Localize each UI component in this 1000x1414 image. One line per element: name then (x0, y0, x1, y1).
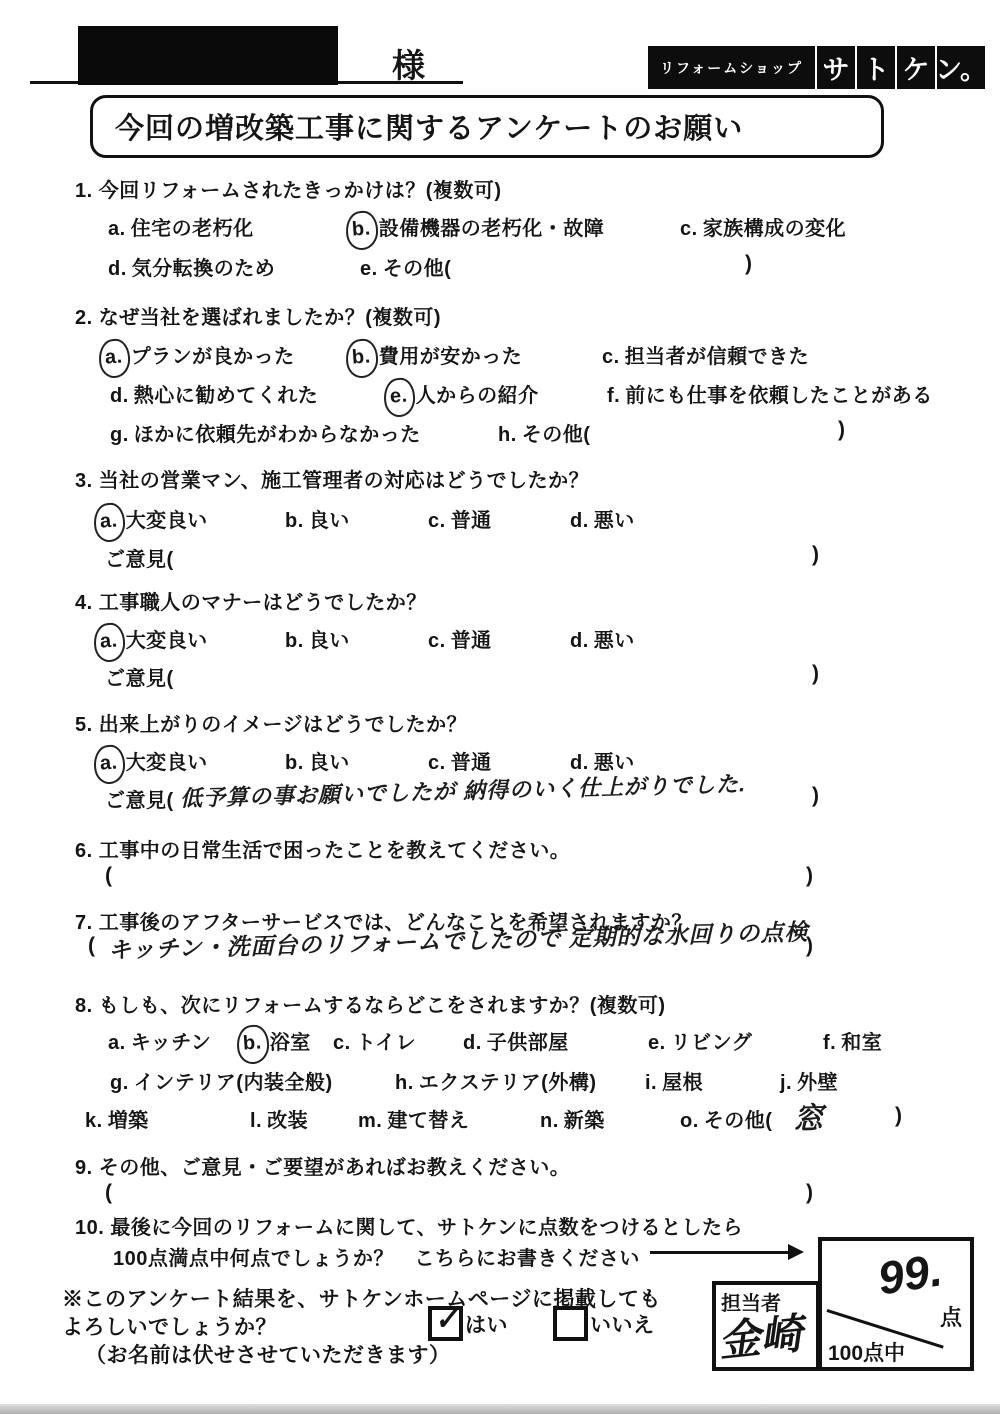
q8-option-a: a.キッチン (108, 1026, 211, 1055)
q5-option-a: a.大変良い (100, 746, 208, 777)
q8-option-h: h.エクステリア(外構) (395, 1066, 597, 1095)
option-letter: b. (345, 210, 379, 251)
q8-option-f: f.和室 (823, 1026, 882, 1055)
option-letter: c. (602, 346, 620, 369)
option-label: 悪い (594, 510, 635, 532)
q4-option-a: a.大変良い (100, 624, 208, 655)
option-label: 人からの紹介 (416, 385, 539, 407)
option-letter: c. (428, 752, 446, 775)
scan-edge-artifact (0, 1404, 1000, 1414)
paren-close: ) (806, 1181, 813, 1205)
checkbox-no-label: いいえ (590, 1309, 655, 1339)
q2-option-c: c.担当者が信頼できた (602, 340, 809, 369)
option-label: 屋根 (662, 1072, 703, 1094)
q3-header: 3. 当社の営業マン、施工管理者の対応はどうでしたか？ (75, 464, 589, 493)
option-letter: a. (93, 744, 126, 785)
footer-note-line3: （お名前は伏せさせていただきます） (85, 1339, 451, 1369)
option-label: 普通 (451, 752, 492, 774)
q4-comment-label: ご意見( (105, 662, 174, 691)
logo-char: ン。 (937, 46, 985, 89)
option-label: その他( (383, 258, 452, 280)
option-letter: d. (570, 510, 589, 533)
q8-handwritten-other: 窓 (792, 1093, 824, 1138)
scanned-survey-page: 様 リフォームショップ サ ト ケ ン。 今回の増改築工事に関するアンケートのお… (0, 0, 1000, 1414)
option-letter: b. (285, 752, 304, 775)
q1-option-b: b.設備機器の老朽化・故障 (352, 212, 604, 243)
q1-header: 1. 今回リフォームされたきっかけは？(複数可) (75, 174, 502, 203)
q1-option-d: d.気分転換のため (108, 252, 275, 281)
option-label: 和室 (841, 1032, 882, 1054)
q4-option-d: d.悪い (570, 624, 635, 653)
q3-comment-label: ご意見( (105, 543, 174, 572)
q5-option-b: b.良い (285, 746, 350, 775)
option-label: リビング (671, 1032, 753, 1054)
footer-note-line2: よろしいでしょうか？ (62, 1311, 277, 1341)
q5-comment-label: ご意見( (105, 784, 174, 813)
q8-option-d: d.子供部屋 (463, 1026, 569, 1055)
option-label: 浴室 (270, 1032, 311, 1054)
option-letter: m. (358, 1110, 382, 1133)
option-letter: f. (823, 1032, 836, 1055)
option-label: 外壁 (797, 1072, 838, 1094)
option-label: 大変良い (126, 510, 208, 532)
company-logo: リフォームショップ サ ト ケ ン。 (648, 46, 985, 89)
option-letter: b. (345, 338, 379, 379)
q1-option-c: c.家族構成の変化 (680, 212, 846, 241)
option-letter: d. (570, 630, 589, 653)
option-label: 普通 (451, 630, 492, 652)
logo-prefix-text: リフォームショップ (648, 46, 815, 89)
paren-close: ) (895, 1104, 902, 1128)
logo-char: ケ (897, 46, 935, 89)
q3-option-c: c.普通 (428, 504, 492, 533)
q3-option-d: d.悪い (570, 504, 635, 533)
logo-char: サ (817, 46, 855, 89)
option-letter: a. (108, 218, 126, 241)
option-letter: j. (780, 1072, 792, 1095)
option-label: キッチン (131, 1032, 212, 1054)
option-label: 増築 (108, 1110, 149, 1132)
option-letter: c. (428, 630, 446, 653)
q8-option-i: i.屋根 (645, 1066, 703, 1095)
option-letter: e. (360, 258, 378, 281)
q4-header: 4. 工事職人のマナーはどうでしたか？ (75, 586, 427, 615)
paren-open: ( (105, 864, 112, 888)
option-letter: b. (285, 510, 304, 533)
paren-close: ) (838, 418, 845, 442)
q2-option-h-other: h.その他( (498, 418, 590, 447)
option-letter: k. (85, 1110, 103, 1133)
survey-title: 今回の増改築工事に関するアンケートのお願い (93, 106, 743, 147)
score-box: 99. 点 100点中 (818, 1237, 974, 1371)
q1-option-e-other: e.その他( (360, 252, 451, 281)
option-label: 前にも仕事を依頼したことがある (625, 385, 933, 407)
q8-option-g: g.インテリア(内装全般) (110, 1066, 333, 1095)
option-label: 担当者が信頼できた (625, 346, 810, 368)
score-unit-label: 点 (940, 1301, 962, 1332)
option-letter: a. (108, 1032, 126, 1055)
q8-option-j: j.外壁 (780, 1066, 838, 1095)
q3-option-b: b.良い (285, 504, 350, 533)
q4-option-b: b.良い (285, 624, 350, 653)
paren-close: ) (806, 934, 813, 958)
q2-option-f: f.前にも仕事を依頼したことがある (607, 379, 933, 408)
option-letter: l. (250, 1110, 262, 1133)
option-label: 良い (309, 630, 350, 652)
q2-option-d: d.熱心に勧めてくれた (110, 379, 318, 408)
option-letter: n. (540, 1110, 559, 1133)
q8-option-c: c.トイレ (333, 1026, 416, 1055)
option-label: 良い (309, 752, 350, 774)
option-letter: d. (110, 385, 129, 408)
q5-header: 5. 出来上がりのイメージはどうでしたか？ (75, 708, 467, 737)
q2-option-g: g.ほかに依頼先がわからなかった (110, 418, 421, 447)
option-label: 悪い (594, 630, 635, 652)
option-letter: a. (93, 502, 126, 543)
arrow-head-icon (788, 1244, 804, 1260)
paren-open: ( (88, 934, 95, 958)
option-letter: f. (607, 385, 620, 408)
staff-box: 担当者 金崎 (712, 1281, 820, 1371)
q3-option-a: a.大変良い (100, 504, 208, 535)
option-label: 大変良い (126, 752, 208, 774)
option-label: 大変良い (126, 630, 208, 652)
option-label: プランが良かった (131, 346, 295, 368)
option-label: 子供部屋 (487, 1032, 569, 1054)
q2-option-e: e.人からの紹介 (390, 379, 539, 410)
option-label: 良い (309, 510, 350, 532)
option-label: 気分転換のため (132, 258, 276, 280)
option-label: 費用が安かった (379, 346, 523, 368)
q5-handwritten-comment: 低予算の事お願いでしたが 納得のいく仕上がりでした. (180, 767, 747, 813)
option-label: 改装 (267, 1110, 308, 1132)
q8-option-e: e.リビング (648, 1026, 752, 1055)
q1-option-a: a.住宅の老朽化 (108, 212, 254, 241)
q2-header: 2. なぜ当社を選ばれましたか？(複数可) (75, 301, 441, 330)
option-label: その他( (704, 1110, 773, 1132)
logo-char: ト (857, 46, 895, 89)
option-letter: c. (333, 1032, 351, 1055)
q10-header-line1: 10. 最後に今回のリフォームに関して、サトケンに点数をつけるとしたら (75, 1211, 743, 1240)
checkbox-no (553, 1306, 588, 1341)
option-letter: b. (236, 1024, 270, 1065)
honorific-sama: 様 (392, 40, 425, 87)
q8-option-k: k.増築 (85, 1104, 149, 1133)
checkmark-icon: ✓ (432, 1301, 461, 1338)
q9-header: 9. その他、ご意見・ご要望があればお教えください。 (75, 1151, 570, 1180)
q2-option-b: b.費用が安かった (352, 340, 522, 371)
q6-header: 6. 工事中の日常生活で困ったことを教えてください。 (75, 834, 570, 863)
option-letter: o. (680, 1110, 699, 1133)
option-letter: i. (645, 1072, 657, 1095)
option-label: 家族構成の変化 (703, 218, 847, 240)
paren-close: ) (806, 864, 813, 888)
checkbox-yes-label: はい (465, 1309, 508, 1339)
option-label: 住宅の老朽化 (131, 218, 254, 240)
option-label: ほかに依頼先がわからなかった (134, 424, 421, 446)
q8-option-n: n.新築 (540, 1104, 605, 1133)
option-letter: c. (428, 510, 446, 533)
paren-close: ) (812, 784, 819, 808)
option-label: 建て替え (387, 1110, 469, 1132)
option-label: 普通 (451, 510, 492, 532)
option-label: インテリア(内装全般) (134, 1072, 333, 1094)
option-letter: d. (463, 1032, 482, 1055)
q8-option-m: m.建て替え (358, 1104, 469, 1133)
option-letter: b. (285, 630, 304, 653)
option-label: エクステリア(外構) (419, 1072, 597, 1094)
q4-option-c: c.普通 (428, 624, 492, 653)
paren-close: ) (812, 543, 819, 567)
handwritten-score: 99. (874, 1242, 946, 1305)
q8-option-o-other: o.その他( (680, 1104, 772, 1133)
q2-option-a: a.プランが良かった (105, 340, 295, 371)
checkbox-yes: ✓ (428, 1306, 463, 1341)
option-letter: e. (383, 377, 416, 418)
option-letter: c. (680, 218, 698, 241)
option-letter: a. (93, 622, 126, 663)
option-letter: h. (498, 424, 517, 447)
option-label: その他( (522, 424, 591, 446)
option-letter: h. (395, 1072, 414, 1095)
option-letter: g. (110, 1072, 129, 1095)
q8-option-b: b.浴室 (243, 1026, 311, 1057)
option-label: 新築 (564, 1110, 605, 1132)
paren-open: ( (105, 1181, 112, 1205)
option-letter: e. (648, 1032, 666, 1055)
option-letter: d. (108, 258, 127, 281)
score-base-label: 100点中 (828, 1337, 905, 1367)
paren-close: ) (812, 662, 819, 686)
paren-close: ) (745, 252, 752, 276)
arrow-line (650, 1251, 790, 1254)
option-label: 設備機器の老朽化・故障 (379, 218, 605, 240)
option-letter: g. (110, 424, 129, 447)
option-label: 熱心に勧めてくれた (134, 385, 319, 407)
staff-signature: 金崎 (715, 1301, 805, 1369)
redacted-customer-name (78, 26, 338, 85)
survey-title-box: 今回の増改築工事に関するアンケートのお願い (90, 95, 884, 158)
q10-header-line2: 100点満点中何点でしょうか？ こちらにお書きください (113, 1242, 640, 1271)
q8-option-l: l.改装 (250, 1104, 308, 1133)
q8-header: 8. もしも、次にリフォームするならどこをされますか？(複数可) (75, 989, 666, 1018)
option-letter: a. (98, 338, 131, 379)
option-label: トイレ (356, 1032, 417, 1054)
q5-option-c: c.普通 (428, 746, 492, 775)
